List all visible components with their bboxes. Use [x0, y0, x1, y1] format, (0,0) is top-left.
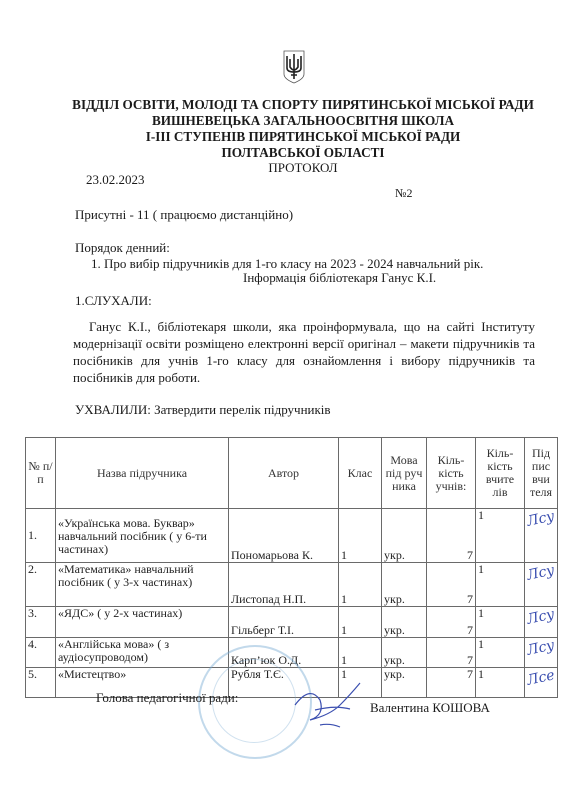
row-signature: Лсе — [525, 668, 558, 698]
row-title: «Українська мова. Буквар» навчальний пос… — [56, 509, 229, 563]
teacher-signature: Лсе — [526, 669, 556, 688]
col-signature: Під пис вчи теля — [525, 438, 558, 509]
col-language: Мова під руч ника — [382, 438, 427, 509]
row-signature: Лсу — [525, 638, 558, 668]
header-line-2: ВИШНЕВЕЦЬКА ЗАГАЛЬНООСВІТНЯ ШКОЛА — [20, 113, 566, 129]
protocol-date: 23.02.2023 — [86, 172, 145, 188]
heard-title: 1.СЛУХАЛИ: — [75, 293, 152, 309]
header-line-4: ПОЛТАВСЬКОЇ ОБЛАСТІ — [20, 145, 566, 161]
row-teachers: 1 — [476, 509, 525, 563]
col-class: Клас — [339, 438, 382, 509]
row-teachers: 1 — [476, 638, 525, 668]
table-header-row: № п/ п Назва підручника Автор Клас Мова … — [26, 438, 558, 509]
row-class: 1 — [339, 638, 382, 668]
col-students: Кіль-кість учнів: — [427, 438, 476, 509]
row-author: Листопад Н.П. — [229, 563, 339, 607]
row-class: 1 — [339, 563, 382, 607]
row-students: 7 — [427, 638, 476, 668]
table-row: 2. «Математика» навчальний посібник ( у … — [26, 563, 558, 607]
header-line-1: ВІДДІЛ ОСВІТИ, МОЛОДІ ТА СПОРТУ ПИРЯТИНС… — [20, 97, 566, 113]
teacher-signature: Лсу — [526, 608, 556, 627]
col-title: Назва підручника — [56, 438, 229, 509]
protocol-number: №2 — [395, 186, 412, 201]
agenda-title: Порядок денний: — [75, 240, 170, 256]
row-title: «ЯДС» ( у 2-х частинах) — [56, 607, 229, 638]
row-teachers: 1 — [476, 607, 525, 638]
row-number: 1. — [26, 509, 56, 563]
trident-emblem-icon — [283, 50, 305, 84]
decision: УХВАЛИЛИ: Затвердити перелік підручників — [75, 402, 331, 418]
row-title: «Математика» навчальний посібник ( у 3-х… — [56, 563, 229, 607]
row-language: укр. — [382, 563, 427, 607]
row-students: 7 — [427, 668, 476, 698]
attendance: Присутні - 11 ( працюємо дистанційно) — [75, 207, 293, 223]
chair-name: Валентина КОШОВА — [370, 700, 490, 716]
row-number: 4. — [26, 638, 56, 668]
col-number: № п/ п — [26, 438, 56, 509]
row-language: укр. — [382, 668, 427, 698]
row-number: 5. — [26, 668, 56, 698]
teacher-signature: Лсу — [526, 564, 556, 583]
row-class: 1 — [339, 607, 382, 638]
row-number: 3. — [26, 607, 56, 638]
agenda-info: Інформація бібліотекаря Ганус К.І. — [243, 270, 436, 286]
row-class: 1 — [339, 509, 382, 563]
row-author: Гільберг Т.І. — [229, 607, 339, 638]
table-row: 3. «ЯДС» ( у 2-х частинах) Гільберг Т.І.… — [26, 607, 558, 638]
row-author: Пономарьова К. — [229, 509, 339, 563]
row-signature: Лсу — [525, 509, 558, 563]
row-teachers: 1 — [476, 563, 525, 607]
row-students: 7 — [427, 563, 476, 607]
row-language: укр. — [382, 607, 427, 638]
row-number: 2. — [26, 563, 56, 607]
row-signature: Лсу — [525, 563, 558, 607]
chair-signature-icon — [290, 675, 370, 735]
chair-label: Голова педагогічної ради: — [96, 690, 238, 706]
row-teachers: 1 — [476, 668, 525, 698]
row-signature: Лсу — [525, 607, 558, 638]
teacher-signature: Лсу — [526, 639, 556, 658]
row-students: 7 — [427, 509, 476, 563]
header-line-3: І-ІІІ СТУПЕНІВ ПИРЯТИНСЬКОЇ МІСЬКОЇ РАДИ — [20, 129, 566, 145]
row-language: укр. — [382, 638, 427, 668]
col-teachers: Кіль-кість вчите лів — [476, 438, 525, 509]
row-language: укр. — [382, 509, 427, 563]
col-author: Автор — [229, 438, 339, 509]
teacher-signature: Лсу — [526, 510, 556, 529]
row-title: «Англійська мова» ( з аудіосупроводом) — [56, 638, 229, 668]
row-students: 7 — [427, 607, 476, 638]
table-row: 1. «Українська мова. Буквар» навчальний … — [26, 509, 558, 563]
heard-text: Ганус К.І., бібліотекаря школи, яка проі… — [73, 318, 535, 386]
